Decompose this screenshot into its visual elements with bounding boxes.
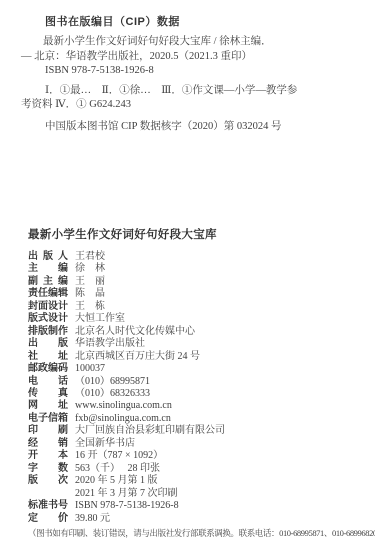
colophon-label-spacer <box>28 488 68 500</box>
colophon-label: 排版制作 <box>28 326 68 338</box>
colophon-label: 主编 <box>28 263 68 275</box>
cip-isbn-line: ISBN 978-7-5138-1926-8 <box>21 64 359 78</box>
colophon-rows: 出版人 王君校 主编 徐 林 副主编 王 丽 责任编辑 陈 晶 封面设计 王 栋… <box>28 251 360 525</box>
colophon-label: 版式设计 <box>28 313 68 325</box>
colophon-value: （010）68995871 <box>75 376 150 388</box>
cip-heading: 图书在版编目（CIP）数据 <box>21 15 359 29</box>
colophon-row-continuation: 2021 年 3 月第 7 次印刷 <box>28 488 360 500</box>
cip-bibliographic-line-1: 最新小学生作文好词好句好段大宝库 / 徐林主编． <box>21 35 359 49</box>
colophon-value: 2020 年 5 月第 1 版 <box>75 475 158 487</box>
colophon-label: 社址 <box>28 351 68 363</box>
colophon-value: 大恒工作室 <box>75 313 125 325</box>
cip-data-block: 图书在版编目（CIP）数据 最新小学生作文好词好句好段大宝库 / 徐林主编． —… <box>21 15 359 135</box>
colophon-label: 字数 <box>28 463 68 475</box>
colophon-value: （010）68326333 <box>75 388 150 400</box>
colophon-value: 华语教学出版社 <box>75 338 145 350</box>
colophon-label: 邮政编码 <box>28 363 68 375</box>
colophon-value: 北京西城区百万庄大街 24 号 <box>75 351 200 363</box>
colophon-value: 39.80 元 <box>75 513 110 525</box>
colophon-label: 标准书号 <box>28 500 68 512</box>
cip-record-number-line: 中国版本图书馆 CIP 数据核字（2020）第 032024 号 <box>21 120 359 134</box>
book-title: 最新小学生作文好词好句好段大宝库 <box>28 226 360 242</box>
colophon-row: 责任编辑 陈 晶 <box>28 288 360 300</box>
errata-note: （图书如有印刷、装订错误，请与出版社发行部联系调换。联系电话：010-68995… <box>28 527 360 539</box>
colophon-value: 王 栋 <box>75 301 105 313</box>
colophon-value: 陈 晶 <box>75 288 105 300</box>
colophon-label: 版次 <box>28 475 68 487</box>
colophon-row: 网址 www.sinolingua.com.cn <box>28 400 360 412</box>
colophon-label: 定价 <box>28 513 68 525</box>
colophon-label: 印刷 <box>28 425 68 437</box>
colophon-value: 王君校 <box>75 251 105 263</box>
colophon-row: 传真 （010）68326333 <box>28 388 360 400</box>
colophon-label: 副主编 <box>28 276 68 288</box>
colophon-label: 开本 <box>28 450 68 462</box>
colophon-block: 最新小学生作文好词好句好段大宝库 出版人 王君校 主编 徐 林 副主编 王 丽 … <box>28 226 360 539</box>
cip-classification-line-1: Ⅰ．①最… Ⅱ．①徐… Ⅲ．①作文课—小学—教学参 <box>21 84 359 98</box>
cip-classification-line-2: 考资料 Ⅳ．① G624.243 <box>21 98 359 112</box>
colophon-row: 出版 华语教学出版社 <box>28 338 360 350</box>
colophon-row: 印刷 大厂回族自治县彩虹印刷有限公司 <box>28 425 360 437</box>
colophon-value: ISBN 978-7-5138-1926-8 <box>75 500 179 512</box>
colophon-row: 字数 563（千） 28 印张 <box>28 463 360 475</box>
colophon-label: 传真 <box>28 388 68 400</box>
colophon-label: 网址 <box>28 400 68 412</box>
colophon-value: 2021 年 3 月第 7 次印刷 <box>75 488 178 500</box>
colophon-row: 标准书号 ISBN 978-7-5138-1926-8 <box>28 500 360 512</box>
colophon-row: 电子信箱 fxb@sinolingua.com.cn <box>28 413 360 425</box>
colophon-row: 副主编 王 丽 <box>28 276 360 288</box>
colophon-row: 电话 （010）68995871 <box>28 376 360 388</box>
cip-bibliographic-line-2: — 北京：华语教学出版社，2020.5（2021.3 重印） <box>21 50 359 64</box>
colophon-row: 排版制作 北京名人时代文化传媒中心 <box>28 326 360 338</box>
colophon-row: 社址 北京西城区百万庄大街 24 号 <box>28 351 360 363</box>
colophon-row: 经销 全国新华书店 <box>28 438 360 450</box>
colophon-label: 电话 <box>28 376 68 388</box>
colophon-row: 出版人 王君校 <box>28 251 360 263</box>
colophon-value: www.sinolingua.com.cn <box>75 400 172 412</box>
colophon-label: 电子信箱 <box>28 413 68 425</box>
colophon-row: 封面设计 王 栋 <box>28 301 360 313</box>
colophon-label: 出版人 <box>28 251 68 263</box>
colophon-label: 出版 <box>28 338 68 350</box>
colophon-value: 王 丽 <box>75 276 105 288</box>
colophon-value: 全国新华书店 <box>75 438 135 450</box>
colophon-value: fxb@sinolingua.com.cn <box>75 413 171 425</box>
colophon-row: 邮政编码 100037 <box>28 363 360 375</box>
colophon-value: 北京名人时代文化传媒中心 <box>75 326 195 338</box>
colophon-value: 16 开（787 × 1092） <box>75 450 163 462</box>
colophon-value: 563（千） 28 印张 <box>75 463 160 475</box>
colophon-row: 主编 徐 林 <box>28 263 360 275</box>
colophon-label: 责任编辑 <box>28 288 68 300</box>
colophon-value: 100037 <box>75 363 105 375</box>
colophon-label: 封面设计 <box>28 301 68 313</box>
colophon-label: 经销 <box>28 438 68 450</box>
colophon-row: 版次 2020 年 5 月第 1 版 <box>28 475 360 487</box>
colophon-value: 大厂回族自治县彩虹印刷有限公司 <box>75 425 225 437</box>
copyright-page: 图书在版编目（CIP）数据 最新小学生作文好词好句好段大宝库 / 徐林主编． —… <box>0 0 375 550</box>
colophon-row: 开本 16 开（787 × 1092） <box>28 450 360 462</box>
colophon-value: 徐 林 <box>75 263 105 275</box>
colophon-row: 定价 39.80 元 <box>28 513 360 525</box>
colophon-row: 版式设计 大恒工作室 <box>28 313 360 325</box>
